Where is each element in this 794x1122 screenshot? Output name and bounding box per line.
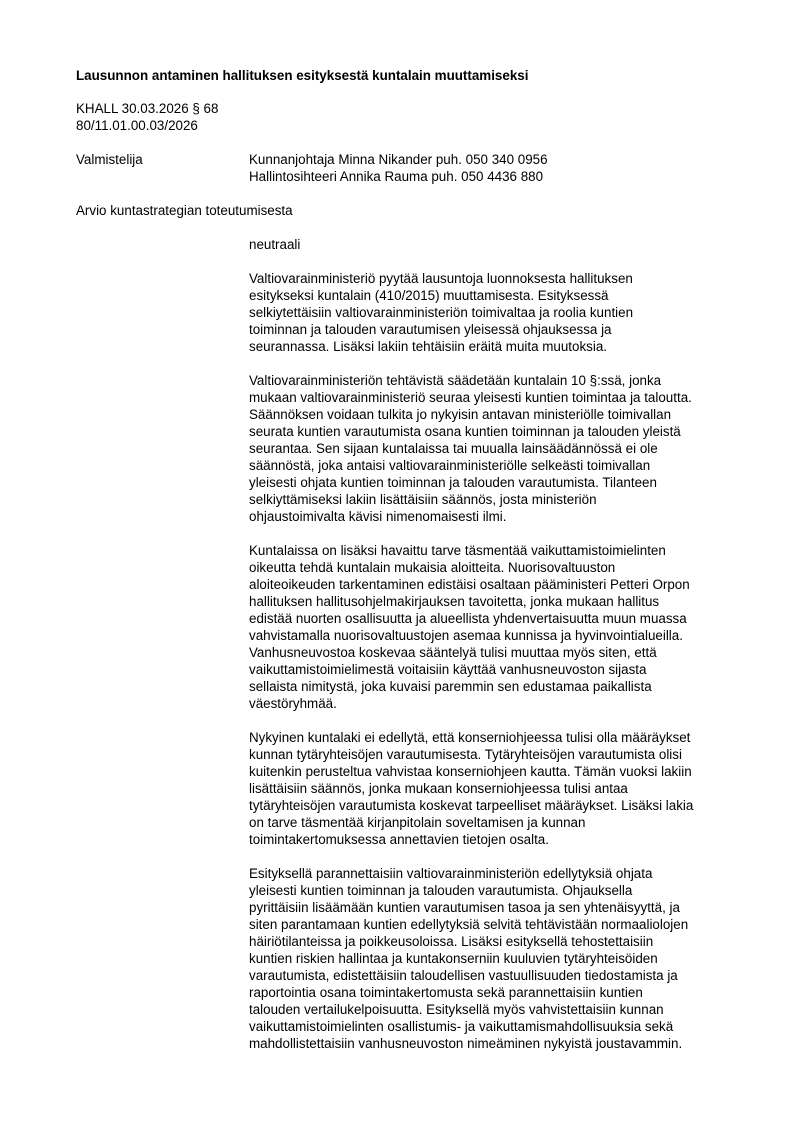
paragraph-line: Valtiovarainministeriön tehtävistä sääde… [249, 372, 749, 389]
paragraph-line: säännöstä, joka antaisi valtiovarainmini… [249, 457, 749, 474]
paragraph-line: raportointia osana toimintakertomusta se… [249, 984, 749, 1001]
paragraph-line: varautumista, edistettäisiin taloudellis… [249, 967, 749, 984]
paragraph-line: toimintakertomuksessa annettavien tietoj… [249, 831, 749, 848]
paragraph-line: häiriötilanteissa ja poikkeusoloissa. Li… [249, 933, 749, 950]
paragraph-line: siten parantamaan kuntien edellytyksiä s… [249, 916, 749, 933]
body-paragraph: Nykyinen kuntalaki ei edellytä, että kon… [249, 729, 749, 848]
paragraph-line: seurannassa. Lisäksi lakiin tehtäisiin e… [249, 338, 749, 355]
paragraph-line: yleisesti ohjata kuntien toiminnan ja ta… [249, 474, 749, 491]
paragraph-line: sellaista nimitystä, joka kuvaisi paremm… [249, 678, 749, 695]
document-page: Lausunnon antaminen hallituksen esitykse… [0, 0, 794, 1122]
strategy-assessment-value: neutraali [249, 236, 749, 253]
paragraph-line: Valtiovarainministeriö pyytää lausuntoja… [249, 270, 749, 287]
record-number: 80/11.01.00.03/2026 [76, 117, 218, 134]
paragraph-line: Esityksellä parannettaisiin valtiovarain… [249, 865, 749, 882]
paragraph-list: Valtiovarainministeriö pyytää lausuntoja… [249, 270, 749, 1052]
paragraph-line: Vanhusneuvostoa koskevaa sääntelyä tulis… [249, 644, 749, 661]
preparer-list: Kunnanjohtaja Minna Nikander puh. 050 34… [249, 151, 548, 185]
paragraph-line: väestöryhmää. [249, 695, 749, 712]
paragraph-line: lisättäisiin säännös, jonka mukaan konse… [249, 780, 749, 797]
paragraph-line: kunnan tytäryhteisöjen varautumisesta. T… [249, 746, 749, 763]
meeting-reference: KHALL 30.03.2026 § 68 [76, 100, 218, 117]
paragraph-line: seurantaa. Sen sijaan kuntalaissa tai mu… [249, 440, 749, 457]
paragraph-line: Nykyinen kuntalaki ei edellytä, että kon… [249, 729, 749, 746]
paragraph-line: pyrittäisiin lisäämään kuntien varautumi… [249, 899, 749, 916]
paragraph-line: edistää nuorten osallisuutta ja alueelli… [249, 610, 749, 627]
document-title: Lausunnon antaminen hallituksen esitykse… [76, 67, 528, 84]
paragraph-line: ohjaustoimivalta kävisi nimenomaisesti i… [249, 508, 749, 525]
paragraph-line: yleisesti kuntien toiminnan ja talouden … [249, 882, 749, 899]
paragraph-line: Säännöksen voidaan tulkita jo nykyisin a… [249, 406, 749, 423]
paragraph-line: toiminnan ja talouden varautumisen yleis… [249, 321, 749, 338]
paragraph-line: kuntien riskien hallintaa ja kuntakonser… [249, 950, 749, 967]
document-meta: KHALL 30.03.2026 § 68 80/11.01.00.03/202… [76, 100, 218, 134]
paragraph-line: tytäryhteisöjen varautumista koskevat ta… [249, 797, 749, 814]
preparer-line: Kunnanjohtaja Minna Nikander puh. 050 34… [249, 151, 548, 168]
paragraph-line: vaikuttamistoimielimestä voitaisiin käyt… [249, 661, 749, 678]
paragraph-line: hallituksen hallitusohjelmakirjauksen ta… [249, 593, 749, 610]
preparer-line: Hallintosihteeri Annika Rauma puh. 050 4… [249, 168, 548, 185]
paragraph-line: selkiyttämiseksi lakiin lisättäisiin sää… [249, 491, 749, 508]
paragraph-line: vahvistamalla nuorisovaltuustojen asemaa… [249, 627, 749, 644]
paragraph-line: esitykseksi kuntalain (410/2015) muuttam… [249, 287, 749, 304]
paragraph-line: mahdollistettaisiin vanhusneuvoston nime… [249, 1035, 749, 1052]
paragraph-line: kuitenkin perusteltua vahvistaa konserni… [249, 763, 749, 780]
paragraph-line: seurata kuntien varautumista osana kunti… [249, 423, 749, 440]
body-paragraph: Esityksellä parannettaisiin valtiovarain… [249, 865, 749, 1052]
preparer-label: Valmistelija [76, 151, 143, 168]
paragraph-line: selkiytettäisiin valtiovarainministeriön… [249, 304, 749, 321]
strategy-assessment-label: Arvio kuntastrategian toteutumisesta [76, 202, 293, 219]
paragraph-line: aloiteoikeuden tarkentaminen edistäisi o… [249, 576, 749, 593]
paragraph-line: vaikuttamistoimielinten osallistumis- ja… [249, 1018, 749, 1035]
body-paragraph: Valtiovarainministeriö pyytää lausuntoja… [249, 270, 749, 355]
paragraph-line: on tarve täsmentää kirjanpitolain sovelt… [249, 814, 749, 831]
body-paragraph: Kuntalaissa on lisäksi havaittu tarve tä… [249, 542, 749, 712]
paragraph-line: mukaan valtiovarainministeriö seuraa yle… [249, 389, 749, 406]
paragraph-line: talouden vertailukelpoisuutta. Esityksel… [249, 1001, 749, 1018]
paragraph-line: Kuntalaissa on lisäksi havaittu tarve tä… [249, 542, 749, 559]
paragraph-line: oikeutta tehdä kuntalain mukaisia aloitt… [249, 559, 749, 576]
document-body: neutraali Valtiovarainministeriö pyytää … [249, 236, 749, 1069]
body-paragraph: Valtiovarainministeriön tehtävistä sääde… [249, 372, 749, 525]
